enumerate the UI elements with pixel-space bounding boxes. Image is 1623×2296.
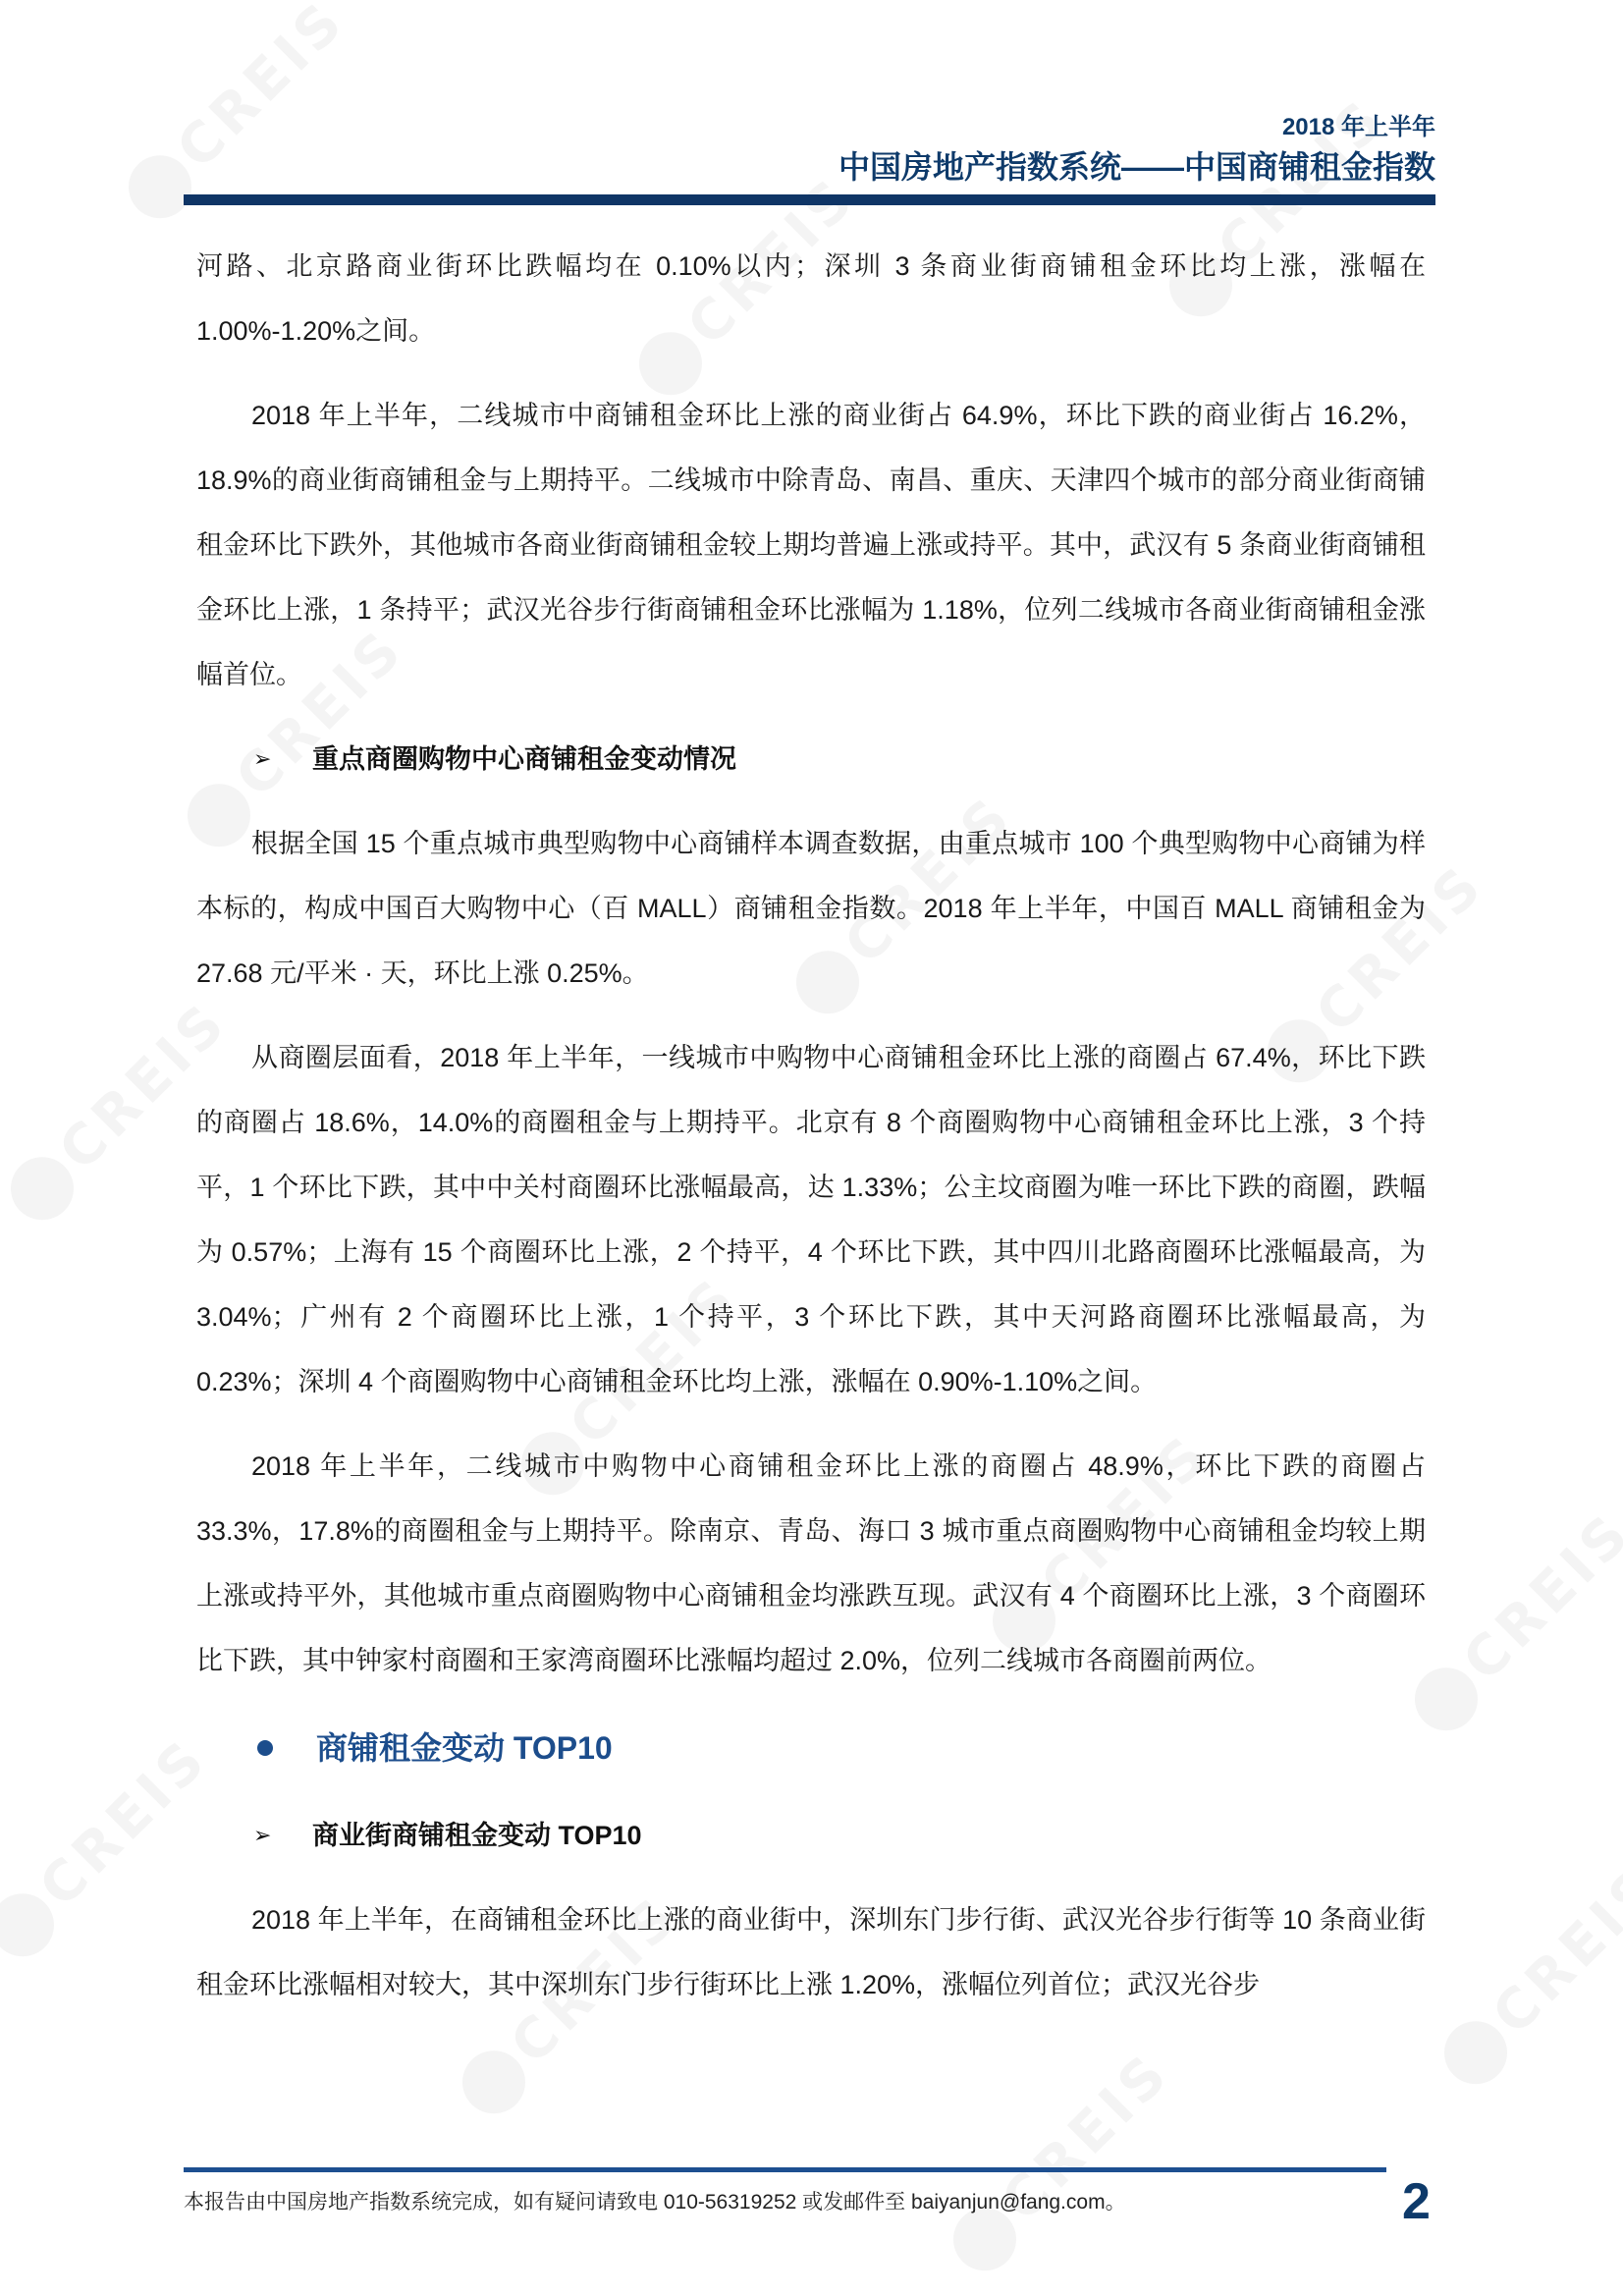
footer-divider xyxy=(184,2167,1386,2172)
footer-contact-note: 本报告由中国房地产指数系统完成，如有疑问请致电 010-56319252 或发邮… xyxy=(184,2186,1126,2215)
report-period: 2018 年上半年 xyxy=(184,113,1435,142)
section-heading-label: 商铺租金变动 TOP10 xyxy=(316,1713,613,1783)
paragraph-continuation: 河路、北京路商业街环比跌幅均在 0.10%以内；深圳 3 条商业街商铺租金环比均… xyxy=(196,234,1426,363)
paragraph-tier2-districts: 2018 年上半年，二线城市中购物中心商铺租金环比上涨的商圈占 48.9%，环比… xyxy=(196,1434,1426,1693)
paragraph-tier1-districts: 从商圈层面看，2018 年上半年，一线城市中购物中心商铺租金环比上涨的商圈占 6… xyxy=(196,1025,1426,1414)
watermark-circle-icon xyxy=(1444,2021,1507,2084)
report-title: 中国房地产指数系统——中国商铺租金指数 xyxy=(184,146,1435,188)
paragraph-street-top10: 2018 年上半年，在商铺租金环比上涨的商业街中，深圳东门步行街、武汉光谷步行街… xyxy=(196,1887,1426,2017)
watermark-circle-icon xyxy=(129,155,191,218)
header-divider xyxy=(184,194,1435,205)
watermark-circle-icon xyxy=(462,2050,525,2113)
page-header: 2018 年上半年 中国房地产指数系统——中国商铺租金指数 xyxy=(184,113,1435,205)
watermark-circle-icon xyxy=(11,1157,74,1220)
bullet-dot-icon xyxy=(257,1740,273,1756)
paragraph-tier2-streets: 2018 年上半年，二线城市中商铺租金环比上涨的商业街占 64.9%，环比下跌的… xyxy=(196,383,1426,707)
watermark-logo: CREIS xyxy=(940,2041,1183,2284)
arrow-bullet-icon: ➢ xyxy=(196,727,312,792)
subheading-label: 重点商圈购物中心商铺租金变动情况 xyxy=(312,727,736,792)
watermark-logo: CREIS xyxy=(1431,1854,1623,2098)
watermark-circle-icon xyxy=(953,2208,1016,2270)
section-heading-top10: 商铺租金变动 TOP10 xyxy=(196,1713,1426,1783)
arrow-bullet-icon: ➢ xyxy=(196,1803,312,1868)
document-body: 河路、北京路商业街环比跌幅均在 0.10%以内；深圳 3 条商业街商铺租金环比均… xyxy=(196,234,1426,2017)
subheading-label: 商业街商铺租金变动 TOP10 xyxy=(312,1803,642,1868)
watermark-logo: CREIS xyxy=(0,1726,221,1970)
watermark-circle-icon xyxy=(0,1893,54,1956)
subheading-mall-rent: ➢ 重点商圈购物中心商铺租金变动情况 xyxy=(196,727,1426,792)
page-number: 2 xyxy=(1402,2172,1431,2231)
subheading-street-top10: ➢ 商业街商铺租金变动 TOP10 xyxy=(196,1803,1426,1868)
watermark-logo: CREIS xyxy=(1401,1501,1623,1744)
paragraph-mall-index: 根据全国 15 个重点城市典型购物中心商铺样本调查数据，由重点城市 100 个典… xyxy=(196,811,1426,1006)
